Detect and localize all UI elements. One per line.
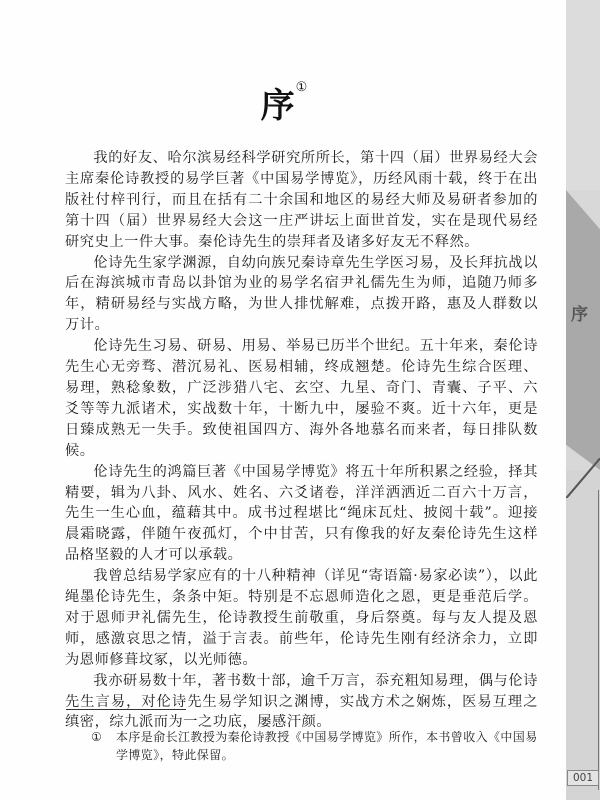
side-strip-upper — [566, 0, 600, 190]
paragraph: 我的好友、哈尔滨易经科学研究所所长，第十四（届）世界易经大会主席秦伦诗教授的易学… — [65, 148, 538, 253]
paragraph: 伦诗先生家学渊源，自幼向族兄秦诗章先生学医习易，及长拜抗战以后在海滨城市青岛以卦… — [65, 253, 538, 337]
paragraph: 伦诗先生的鸿篇巨著《中国易学博览》将五十年所积累之经验，择其精要，辑为八卦、风水… — [65, 462, 538, 567]
preface-body: 我的好友、哈尔滨易经科学研究所所长，第十四（届）世界易经大会主席秦伦诗教授的易学… — [65, 148, 538, 733]
paragraph: 我曾总结易学家应有的十八种精神（详见“寄语篇·易家必读”），以此绳墨伦诗先生，条… — [65, 566, 538, 671]
footnote-text: 本序是俞长江教授为秦伦诗教授《中国易学博览》所作，本书曾收入《中国易学博览》，特… — [116, 729, 539, 764]
footnote-mark: ① — [91, 729, 102, 747]
chapter-tab[interactable] — [566, 190, 600, 470]
title-text: 序 — [261, 86, 295, 126]
side-strip-edge-line — [598, 490, 599, 790]
paragraph: 伦诗先生习易、研易、用易、举易已历半个世纪。五十年来，秦伦诗先生心无旁骛、潜沉易… — [65, 336, 538, 461]
paragraph: 我亦研易数十年，著书数十部，逾千万言，忝充粗知易理，偶与伦诗先生言易，对伦诗先生… — [65, 671, 538, 734]
page-title: 序① — [0, 78, 568, 127]
footnote: ① 本序是俞长江教授为秦伦诗教授《中国易学博览》所作，本书曾收入《中国易学博览》… — [91, 729, 539, 764]
side-strip-diagonal-line — [566, 458, 600, 498]
chapter-side-strip: 序 — [566, 0, 600, 800]
side-strip-lower — [566, 470, 600, 800]
chapter-tab-label: 序 — [566, 300, 600, 325]
title-footnote-mark[interactable]: ① — [296, 80, 308, 95]
book-page: 序① 我的好友、哈尔滨易经科学研究所所长，第十四（届）世界易经大会主席秦伦诗教授… — [0, 0, 600, 800]
footnote-divider — [66, 709, 186, 710]
page-number: 001 — [567, 770, 599, 786]
